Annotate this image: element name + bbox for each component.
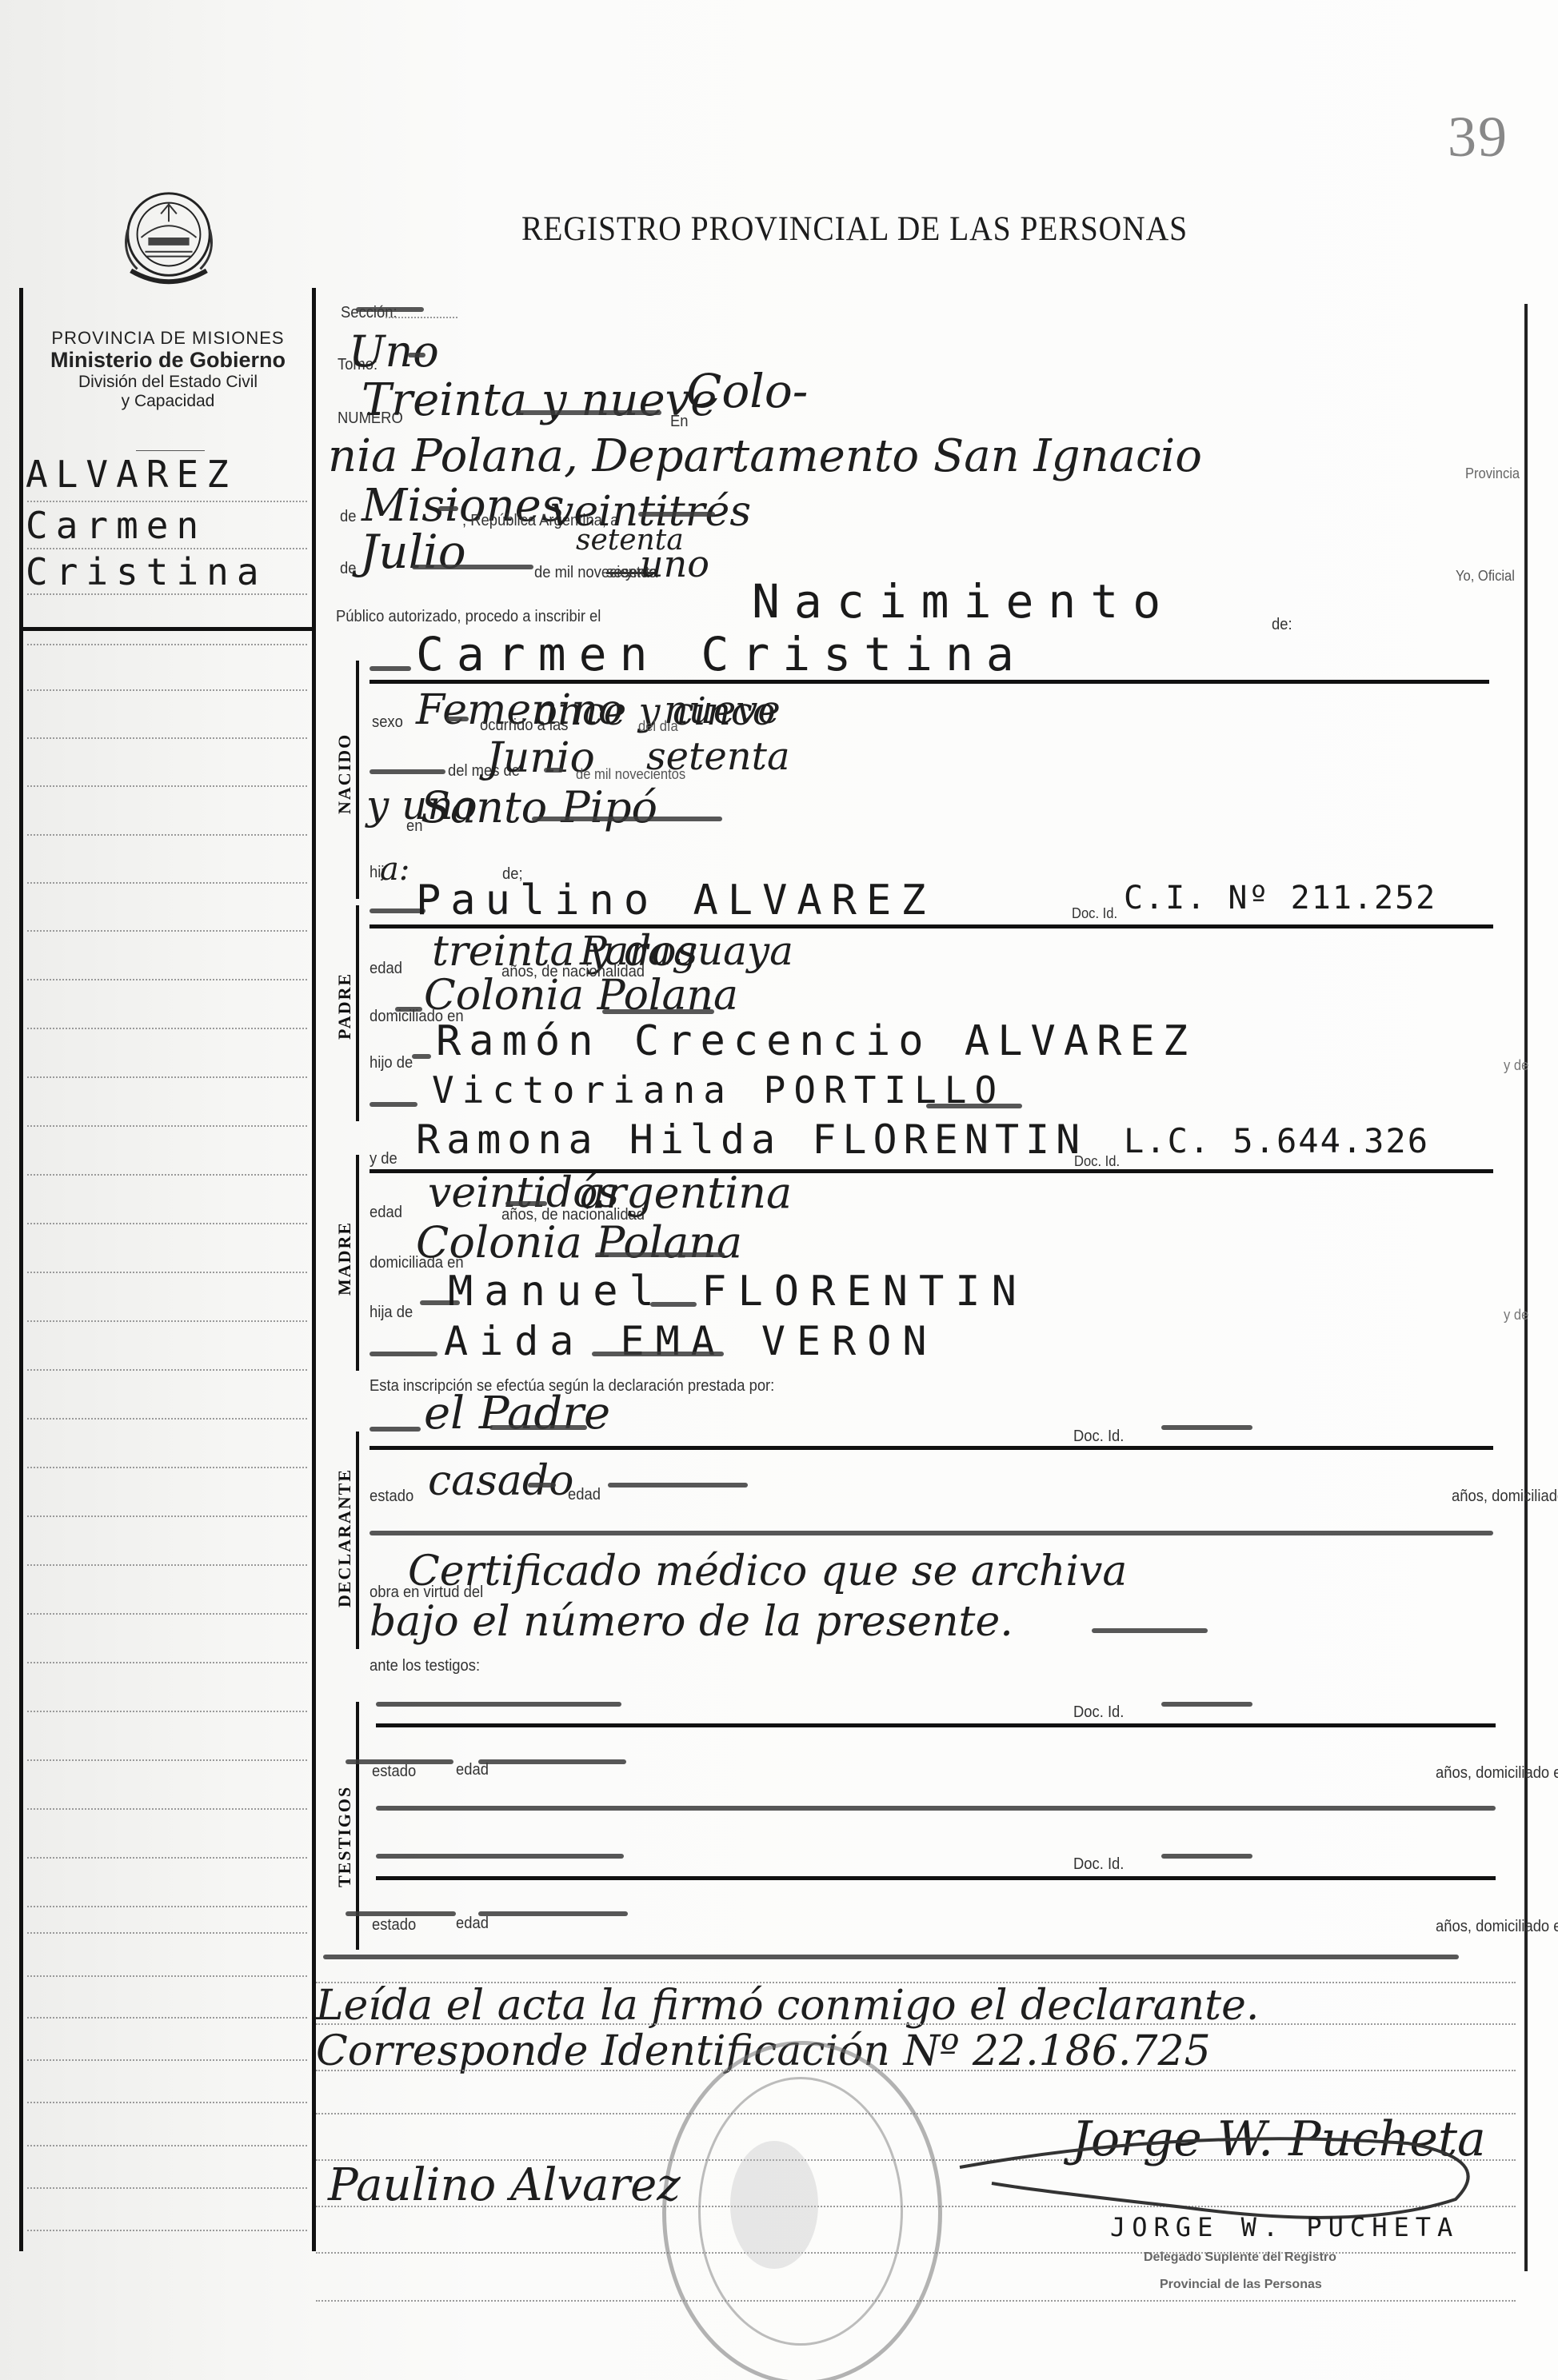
issuer-ministry: Ministerio de Gobierno [24, 348, 312, 373]
field-line [386, 317, 457, 318]
field-stroke [370, 666, 411, 671]
padre-section-label: PADRE [334, 972, 355, 1040]
testigos-intro: ante los testigos: [370, 1657, 480, 1675]
hijo-suffix[interactable]: a: [380, 851, 409, 888]
margin-line [27, 2017, 307, 2019]
testigo-2-doc-label: Doc. Id. [1073, 1855, 1124, 1874]
left-column-right-border [312, 288, 316, 2251]
provincia-label: Provincia [1465, 465, 1520, 482]
testigo-2-domicilio-field[interactable] [323, 1955, 1459, 1959]
oficial-cargo-1: Delegado Suplente del Registro [1144, 2250, 1336, 2265]
testigo-1-doc-field[interactable] [1161, 1702, 1252, 1707]
testigo-2-estado-label: estado [372, 1916, 416, 1935]
dia-value[interactable]: nueve [664, 688, 781, 733]
margin-given-name-1: Carmen [26, 504, 206, 547]
testigo-2-estado-field[interactable] [346, 1911, 456, 1916]
madre-padre-nombre[interactable]: Manuel FLORENTIN [448, 1268, 1028, 1316]
margin-line [27, 2187, 307, 2189]
margin-line [27, 1975, 307, 1977]
province-crest-icon [114, 182, 224, 293]
field-stroke [516, 410, 661, 415]
madre-nombre[interactable]: Ramona Hilda FLORENTIN [416, 1116, 1086, 1163]
testigo-1-edad-field[interactable] [478, 1759, 626, 1764]
field-stroke [370, 769, 445, 774]
form-right-border [1524, 304, 1528, 2271]
field-stroke [412, 1054, 431, 1059]
field-stroke [446, 717, 469, 721]
padre-doc-label: Doc. Id. [1072, 905, 1117, 922]
declarante-edad-label: edad [568, 1486, 601, 1504]
madre-edad-label: edad [370, 1204, 402, 1222]
numero-value[interactable]: Treinta y nueve [362, 374, 717, 426]
field-stroke [650, 1302, 697, 1307]
birth-certificate-page: 39 REGISTRO PROVINCIAL DE LAS PERSONAS P… [0, 0, 1558, 2380]
margin-given-name-2: Cristina [26, 550, 267, 593]
official-stamp-icon [662, 2041, 942, 2380]
margin-line [27, 1272, 307, 1273]
anio-unit-value[interactable]: uno [640, 542, 709, 585]
madre-doc-value[interactable]: L.C. 5.644.326 [1124, 1121, 1429, 1160]
declarante-section-label: DECLARANTE [334, 1468, 355, 1607]
field-stroke [595, 1252, 725, 1257]
margin-line [27, 737, 307, 739]
margin-line [27, 548, 307, 549]
issuer-block: PROVINCIA DE MISIONES Ministerio de Gobi… [24, 328, 312, 412]
field-stroke [528, 1483, 556, 1487]
field-stroke [370, 1102, 417, 1107]
margin-line [27, 1711, 307, 1712]
declarante-edad-field[interactable] [608, 1483, 748, 1487]
padre-nacionalidad-value[interactable]: Paraguaya [580, 928, 793, 974]
nacido-bar [356, 661, 359, 899]
oficial-nombre: JORGE W. PUCHETA [1110, 2212, 1459, 2242]
declarante-domicilio-field[interactable] [370, 1531, 1493, 1535]
margin-line [27, 1076, 307, 1078]
padre-nombre[interactable]: Paulino ALVAREZ [416, 877, 936, 924]
nacido-section-label: NACIDO [334, 733, 355, 814]
madre-nacionalidad-value[interactable]: argentina [580, 1168, 792, 1218]
margin-line [27, 785, 307, 787]
sexo-label: sexo [372, 713, 403, 732]
margin-line [27, 1906, 307, 1907]
padre-doc-value[interactable]: C.I. Nº 211.252 [1124, 880, 1436, 916]
declarante-bar [356, 1432, 359, 1649]
margin-line [27, 834, 307, 836]
testigo-2-rule [376, 1876, 1496, 1880]
margin-line [27, 644, 307, 645]
oficial-label-2: Público autorizado, procedo a inscribir … [336, 608, 601, 626]
page-title: REGISTRO PROVINCIAL DE LAS PERSONAS [521, 210, 1188, 249]
margin-line [27, 2230, 307, 2231]
padre-edad-label: edad [370, 960, 402, 978]
anio-value[interactable]: setenta [646, 734, 790, 779]
margin-line [27, 1759, 307, 1761]
madre-doc-label: Doc. Id. [1074, 1153, 1120, 1170]
margin-line [27, 501, 307, 502]
testigo-2-domicilio-label: años, domiciliado en [1436, 1918, 1558, 1936]
margin-line [27, 1564, 307, 1566]
declarante-doc-field[interactable] [1161, 1425, 1252, 1430]
stamp-seal [730, 2141, 818, 2269]
margin-line [27, 1467, 307, 1468]
margin-line [27, 1932, 307, 1934]
declarante-obra-value-2[interactable]: bajo el número de la presente. [370, 1598, 1013, 1646]
field-stroke [544, 768, 563, 773]
margin-line [27, 1174, 307, 1176]
field-stroke [638, 512, 715, 517]
margin-line [27, 1613, 307, 1615]
margin-surname: ALVAREZ [26, 453, 237, 496]
declarante-doc-label: Doc. Id. [1073, 1428, 1124, 1446]
margin-line [27, 2102, 307, 2103]
field-stroke [412, 565, 533, 569]
padre-hijo-de-label: hijo de [370, 1054, 413, 1072]
closing-line [316, 2070, 1516, 2071]
declarante-estado-label: estado [370, 1487, 413, 1506]
margin-line [27, 1125, 307, 1127]
testigos-section-label: TESTIGOS [334, 1786, 355, 1887]
testigo-2-edad-field[interactable] [478, 1911, 628, 1916]
issuer-province: PROVINCIA DE MISIONES [24, 328, 312, 348]
testigo-1-rule [376, 1723, 1496, 1727]
closing-line [316, 2023, 1516, 2025]
madre-y-de-label-2: y de [1504, 1307, 1528, 1324]
padre-y-de-label: y de [1504, 1057, 1528, 1074]
field-stroke [370, 1352, 437, 1356]
testigo-2-edad-label: edad [456, 1915, 489, 1933]
margin-line [27, 1857, 307, 1859]
margin-line [27, 1369, 307, 1371]
mes-value[interactable]: Julio [360, 525, 466, 579]
madre-section-label: MADRE [334, 1221, 355, 1296]
madre-hija-de-label: hija de [370, 1304, 413, 1322]
issuer-division: División del Estado Civil [24, 373, 312, 392]
padre-padre-nombre[interactable]: Ramón Crecencio ALVAREZ [436, 1017, 1196, 1065]
lugar-value[interactable]: Santo Pipó [421, 782, 657, 833]
margin-line [27, 1320, 307, 1322]
nacido-nombre[interactable]: Carmen Cristina [416, 627, 1027, 681]
testigo-1-doc-label: Doc. Id. [1073, 1703, 1124, 1722]
testigo-2-doc-field[interactable] [1161, 1854, 1252, 1859]
madre-domicilio-value[interactable]: Colonia Polana [416, 1217, 742, 1268]
testigo-1-estado-label: estado [372, 1763, 416, 1781]
field-stroke [408, 353, 425, 357]
margin-line [27, 1808, 307, 1810]
tipo-value[interactable]: Nacimiento [752, 574, 1175, 629]
field-stroke [489, 1425, 587, 1430]
field-stroke [592, 1352, 724, 1356]
declarante-estado-value[interactable]: casado [428, 1457, 573, 1505]
margin-header-rule [19, 627, 315, 631]
field-stroke [438, 506, 458, 511]
page-number: 39 [1448, 104, 1508, 170]
declarante-name-rule [370, 1446, 1493, 1450]
testigo-1-domicilio-label: años, domiciliado en [1436, 1764, 1558, 1783]
testigo-2-nombre-field[interactable] [376, 1854, 624, 1859]
field-stroke [395, 1007, 422, 1012]
firma-declarante: Paulino Alvarez [328, 2159, 681, 2211]
field-stroke [926, 1104, 1022, 1108]
margin-line [27, 1223, 307, 1224]
tomo-value[interactable]: Uno [349, 326, 439, 377]
issuer-separator [136, 450, 205, 451]
testigo-1-estado-field[interactable] [346, 1759, 453, 1764]
padre-bar [356, 905, 359, 1121]
testigo-1-domicilio-field[interactable] [376, 1806, 1496, 1811]
field-stroke [532, 817, 722, 821]
left-column-left-border [19, 288, 23, 2251]
field-stroke [370, 1427, 421, 1432]
declarante-obra-value-1[interactable]: Certificado médico que se archiva [408, 1547, 1127, 1595]
lugar-value-2[interactable]: nia Polana, Departamento San Ignacio [328, 430, 1202, 482]
lugar-value-1[interactable]: Colo- [686, 364, 808, 418]
y-label: y [625, 564, 633, 582]
margin-line [27, 979, 307, 980]
padre-madre-nombre[interactable]: Victoriana PORTILLO [432, 1068, 1005, 1112]
declarante-domicilio-label: años, domiciliado en [1452, 1487, 1558, 1506]
madre-madre-nombre[interactable]: Aida EMA VERON [444, 1318, 937, 1364]
nacido-name-rule [370, 680, 1489, 684]
margin-line [27, 2145, 307, 2146]
margin-line [27, 1028, 307, 1029]
margin-line [27, 1515, 307, 1517]
margin-line [27, 2059, 307, 2061]
de-label: de [340, 508, 356, 526]
field-stroke [1092, 1628, 1208, 1633]
issuer-division-2: y Capacidad [24, 392, 312, 411]
margin-line [27, 689, 307, 691]
margin-line [27, 882, 307, 884]
margin-line [27, 930, 307, 932]
margin-line [27, 1662, 307, 1663]
madre-y-de-label: y de [370, 1150, 397, 1168]
oficial-label-1: Yo, Oficial [1456, 568, 1515, 585]
margin-line [27, 593, 307, 595]
madre-bar [356, 1155, 359, 1371]
cierre-line-1: Leída el acta la firmó conmigo el declar… [316, 1982, 1259, 2030]
declarante-nombre[interactable]: el Padre [424, 1388, 610, 1440]
de-label-2: de [340, 560, 356, 578]
oficial-cargo-2: Provincial de las Personas [1160, 2278, 1322, 2292]
de-colon-label: de: [1272, 616, 1292, 634]
seccion-field[interactable] [356, 307, 424, 312]
testigo-1-nombre-field[interactable] [376, 1702, 621, 1707]
field-stroke [602, 1009, 714, 1014]
margin-line [27, 1418, 307, 1420]
